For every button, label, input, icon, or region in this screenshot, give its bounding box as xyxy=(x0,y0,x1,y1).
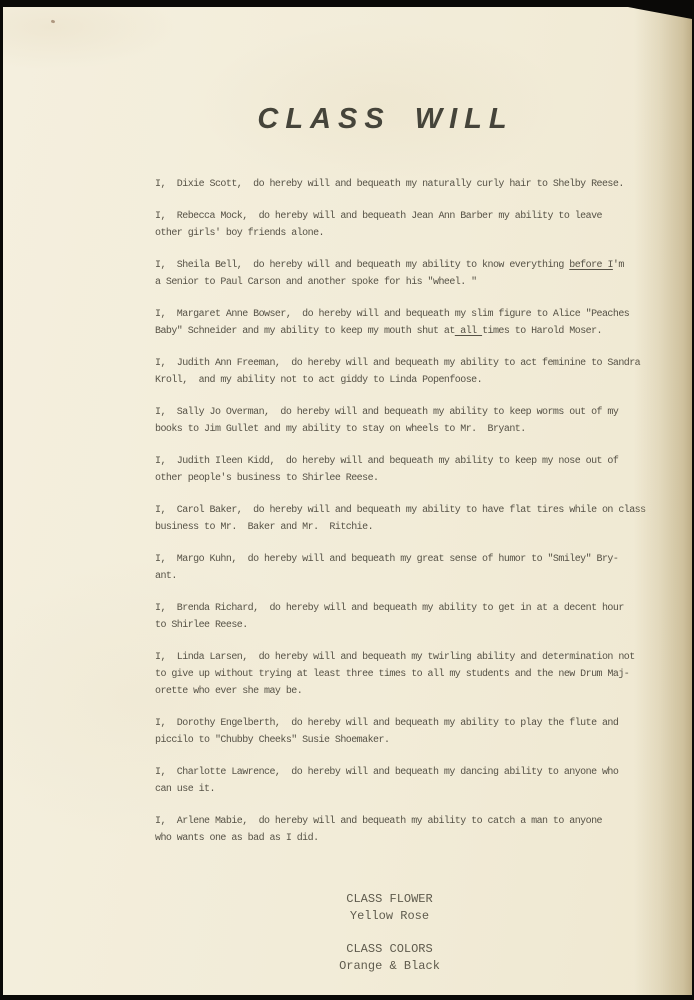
will-line: Baby" Schneider and my ability to keep m… xyxy=(155,323,678,340)
will-line: Kroll, and my ability not to act giddy t… xyxy=(155,372,678,389)
will-line: piccilo to "Chubby Cheeks" Susie Shoemak… xyxy=(155,732,678,749)
class-colors-heading: CLASS COLORS xyxy=(339,941,440,958)
will-line: business to Mr. Baker and Mr. Ritchie. xyxy=(155,519,678,536)
will-paragraph: I, Carol Baker, do hereby will and beque… xyxy=(155,502,678,536)
will-paragraph: I, Margaret Anne Bowser, do hereby will … xyxy=(155,306,678,340)
class-colors-block: CLASS COLORS Orange & Black xyxy=(339,941,440,975)
will-paragraph: I, Judith Ann Freeman, do hereby will an… xyxy=(155,355,678,389)
will-paragraph: I, Margo Kuhn, do hereby will and bequea… xyxy=(155,551,678,585)
will-line: ant. xyxy=(155,568,678,585)
will-line: I, Sally Jo Overman, do hereby will and … xyxy=(155,404,678,421)
scan-corner-shadow xyxy=(628,7,692,19)
will-line: I, Brenda Richard, do hereby will and be… xyxy=(155,600,678,617)
will-paragraph: I, Judith Ileen Kidd, do hereby will and… xyxy=(155,453,678,487)
will-paragraph: I, Rebecca Mock, do hereby will and bequ… xyxy=(155,208,678,242)
will-paragraph: I, Dixie Scott, do hereby will and beque… xyxy=(155,176,678,193)
class-flower-block: CLASS FLOWER Yellow Rose xyxy=(339,891,440,925)
class-flower-value: Yellow Rose xyxy=(339,908,440,925)
will-line: I, Margo Kuhn, do hereby will and bequea… xyxy=(155,551,678,568)
will-line: other people's business to Shirlee Reese… xyxy=(155,470,678,487)
paper-speck xyxy=(51,19,56,23)
class-colors-value: Orange & Black xyxy=(339,958,440,975)
will-paragraph: I, Brenda Richard, do hereby will and be… xyxy=(155,600,678,634)
will-line: I, Charlotte Lawrence, do hereby will an… xyxy=(155,764,678,781)
will-line: I, Judith Ileen Kidd, do hereby will and… xyxy=(155,453,678,470)
footer-block: CLASS FLOWER Yellow Rose CLASS COLORS Or… xyxy=(339,891,440,975)
will-line: I, Judith Ann Freeman, do hereby will an… xyxy=(155,355,678,372)
will-line: can use it. xyxy=(155,781,678,798)
will-paragraph: I, Charlotte Lawrence, do hereby will an… xyxy=(155,764,678,798)
will-line: to give up without trying at least three… xyxy=(155,666,678,683)
will-line: books to Jim Gullet and my ability to st… xyxy=(155,421,678,438)
scanned-page-photo: CLASS WILL I, Dixie Scott, do hereby wil… xyxy=(0,0,694,1000)
page-title: CLASS WILL xyxy=(257,103,513,136)
will-line: I, Margaret Anne Bowser, do hereby will … xyxy=(155,306,678,323)
will-paragraph: I, Sheila Bell, do hereby will and beque… xyxy=(155,257,678,291)
class-flower-heading: CLASS FLOWER xyxy=(339,891,440,908)
will-paragraph-list: I, Dixie Scott, do hereby will and beque… xyxy=(155,176,678,847)
will-paragraph: I, Sally Jo Overman, do hereby will and … xyxy=(155,404,678,438)
will-line: who wants one as bad as I did. xyxy=(155,830,678,847)
will-line: I, Carol Baker, do hereby will and beque… xyxy=(155,502,678,519)
will-line: to Shirlee Reese. xyxy=(155,617,678,634)
will-line: I, Dixie Scott, do hereby will and beque… xyxy=(155,176,678,193)
will-line: I, Arlene Mabie, do hereby will and bequ… xyxy=(155,813,678,830)
will-paragraph: I, Dorothy Engelberth, do hereby will an… xyxy=(155,715,678,749)
will-line: a Senior to Paul Carson and another spok… xyxy=(155,274,678,291)
will-line: I, Linda Larsen, do hereby will and bequ… xyxy=(155,649,678,666)
will-paragraph: I, Arlene Mabie, do hereby will and bequ… xyxy=(155,813,678,847)
will-line: I, Dorothy Engelberth, do hereby will an… xyxy=(155,715,678,732)
will-line: other girls' boy friends alone. xyxy=(155,225,678,242)
will-line: I, Rebecca Mock, do hereby will and bequ… xyxy=(155,208,678,225)
will-line: orette who ever she may be. xyxy=(155,683,678,700)
will-line: I, Sheila Bell, do hereby will and beque… xyxy=(155,257,678,274)
document-page: CLASS WILL I, Dixie Scott, do hereby wil… xyxy=(3,7,692,995)
will-paragraph: I, Linda Larsen, do hereby will and bequ… xyxy=(155,649,678,700)
